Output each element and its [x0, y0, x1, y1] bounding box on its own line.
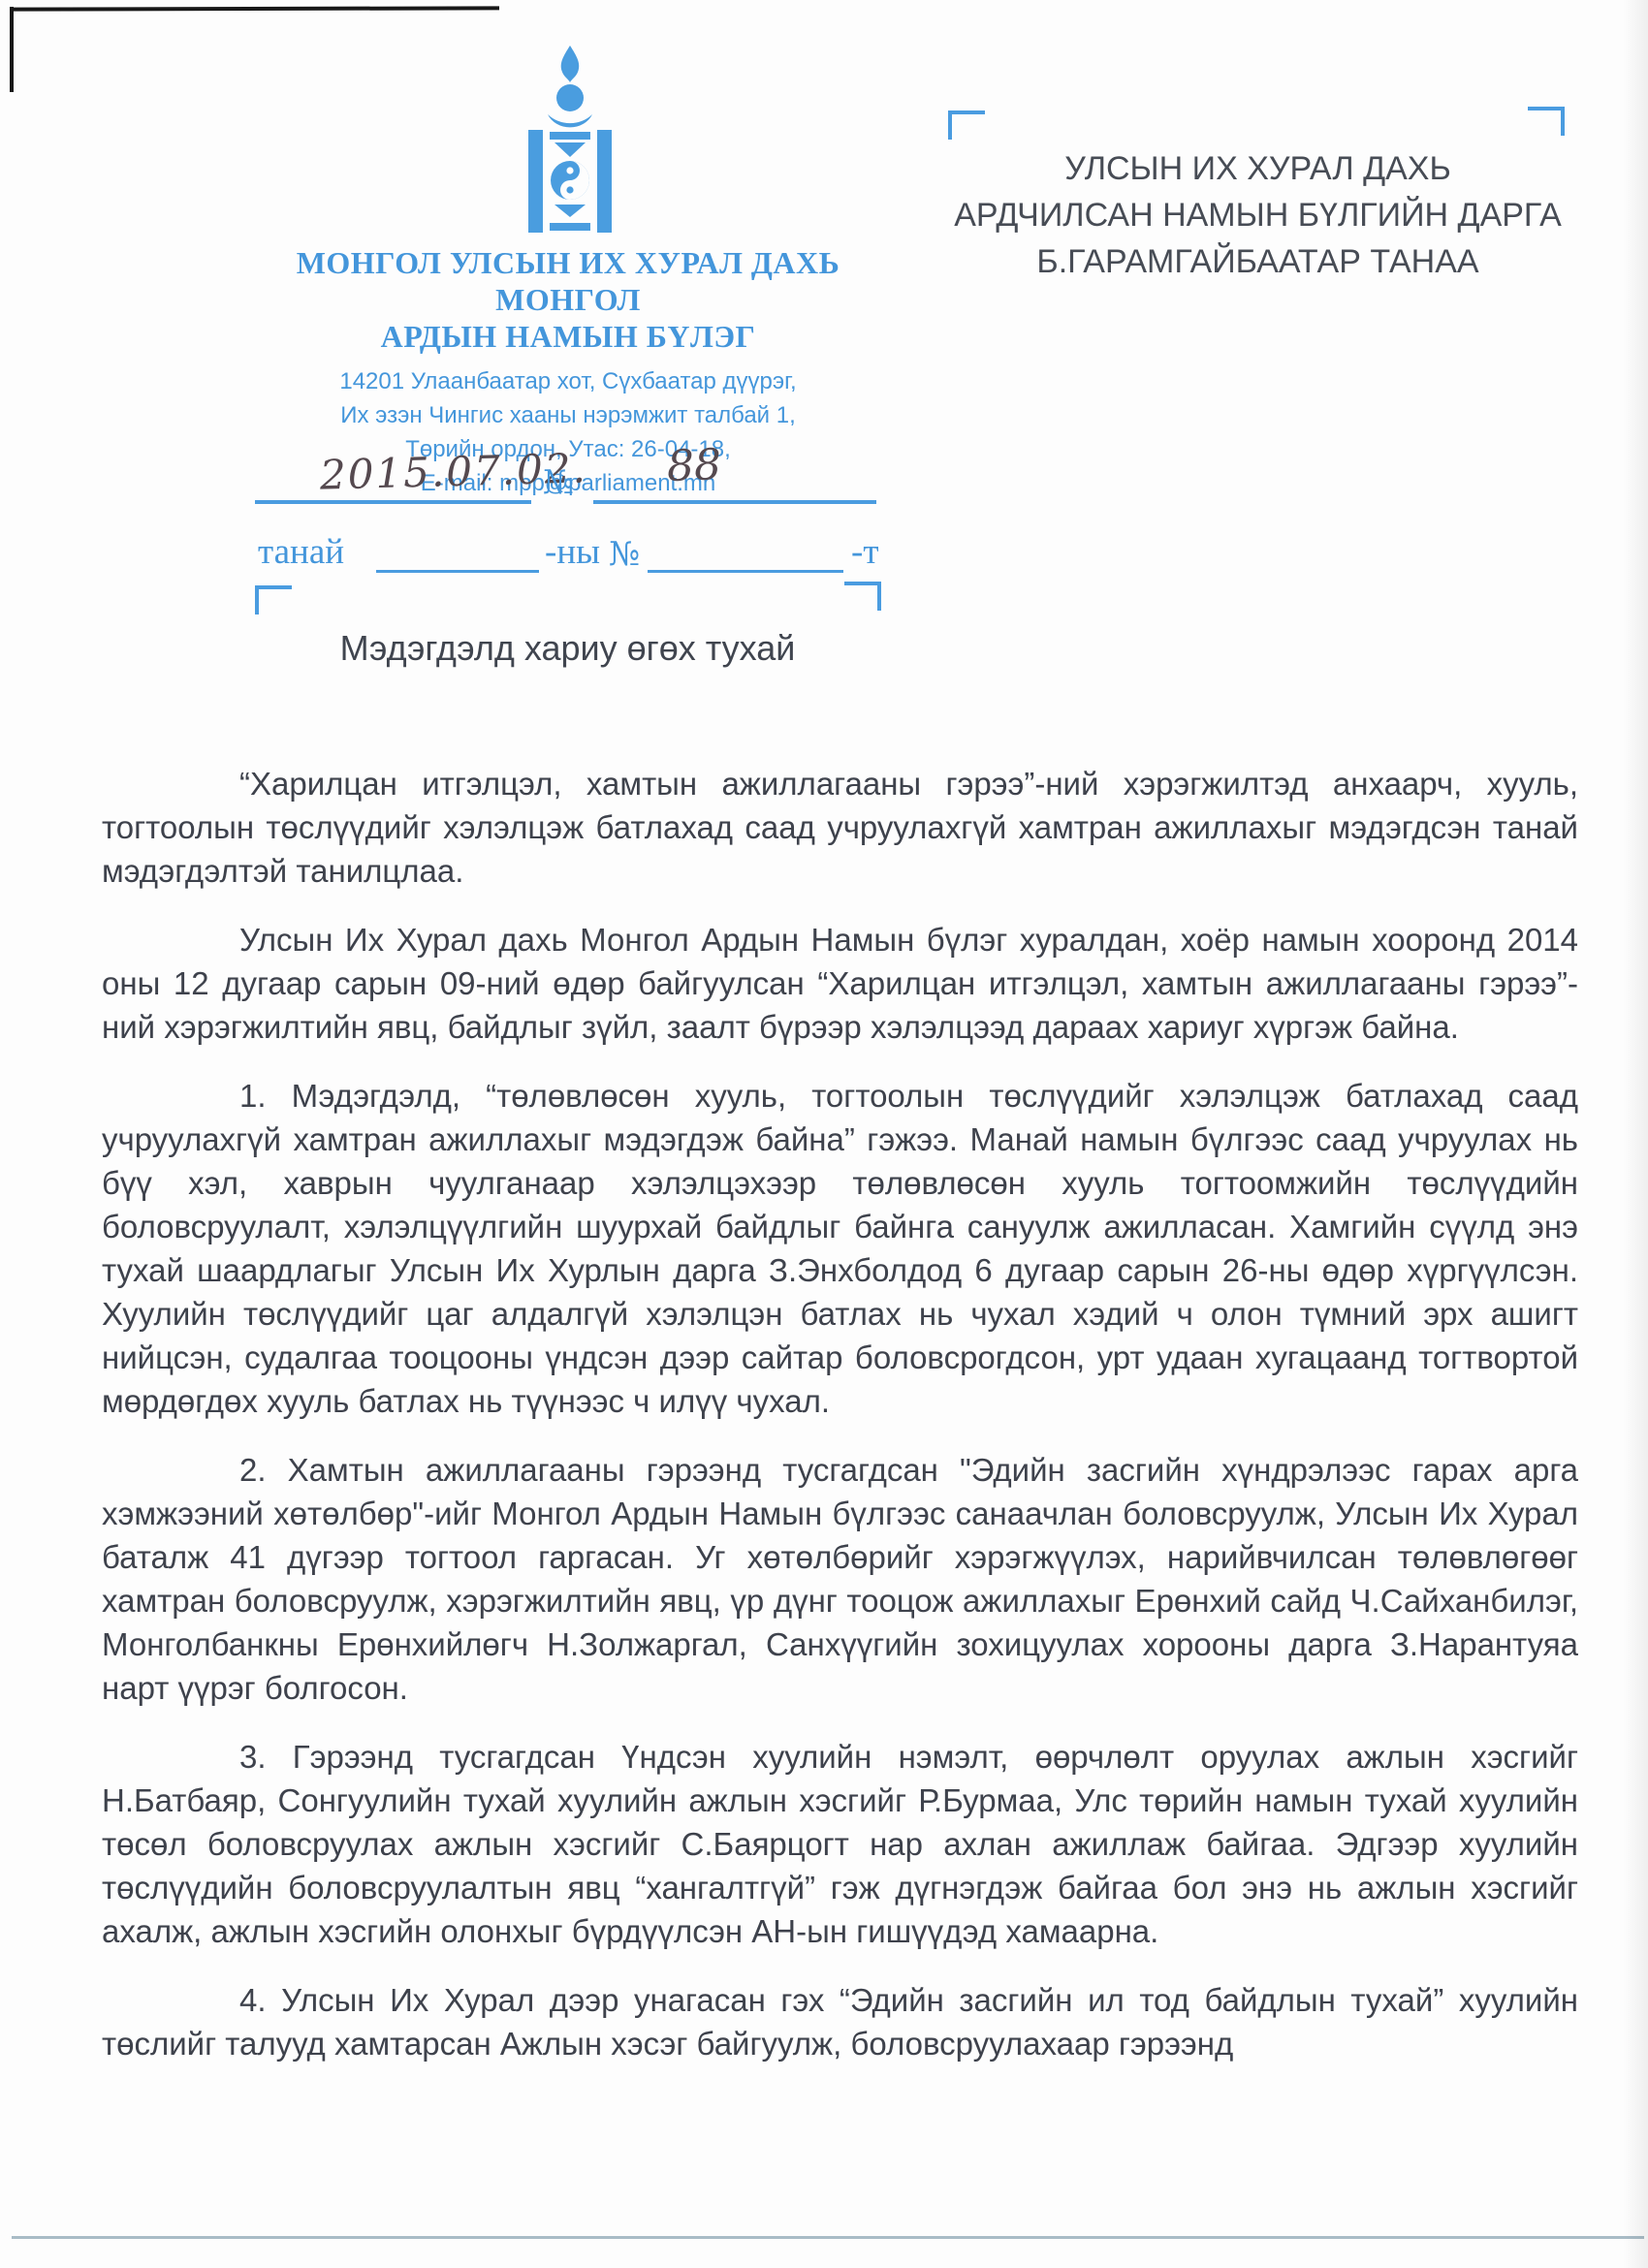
recipient-line: УЛСЫН ИХ ХУРАЛ ДАХЬ — [945, 145, 1570, 192]
soyombo-emblem-icon — [522, 45, 618, 238]
corner-bracket-icon — [255, 585, 292, 614]
date-underline — [255, 500, 531, 504]
number-underline — [593, 500, 876, 504]
letter-body: “Харилцан итгэлцэл, хамтын ажиллагааны г… — [102, 762, 1578, 2091]
org-name-line: АРДЫН НАМЫН БҮЛЭГ — [277, 318, 859, 355]
reference-blank-underline — [648, 570, 843, 573]
scan-artifact-left-line — [10, 7, 14, 92]
scan-artifact-bottom-line — [12, 2236, 1644, 2239]
scan-edge-shadow — [1623, 0, 1648, 2268]
scanned-letter-page: МОНГОЛ УЛСЫН ИХ ХУРАЛ ДАХЬ МОНГОЛ АРДЫН … — [0, 0, 1648, 2268]
body-paragraph: 2. Хамтын ажиллагааны гэрээнд тусгагдсан… — [102, 1448, 1578, 1710]
handwritten-number: 88 — [666, 440, 722, 491]
number-sign: № — [609, 535, 640, 574]
reference-blank-underline — [376, 570, 539, 573]
org-name-line: МОНГОЛ УЛСЫН ИХ ХУРАЛ ДАХЬ — [277, 244, 859, 281]
document-title: Мэдэгдэлд хариу өгөх тухай — [255, 628, 880, 669]
recipient-block: УЛСЫН ИХ ХУРАЛ ДАХЬ АРДЧИЛСАН НАМЫН БҮЛГ… — [945, 145, 1570, 285]
body-paragraph: “Харилцан итгэлцэл, хамтын ажиллагааны г… — [102, 762, 1578, 893]
recipient-line: АРДЧИЛСАН НАМЫН БҮЛГИЙН ДАРГА — [945, 192, 1570, 238]
body-paragraph: 1. Мэдэгдэлд, “төлөвлөсөн хууль, тогтоол… — [102, 1074, 1578, 1423]
corner-bracket-icon — [948, 110, 985, 140]
recipient-line: Б.ГАРАМГАЙБААТАР ТАНАА — [945, 238, 1570, 285]
body-paragraph: Улсын Их Хурал дахь Монгол Ардын Намын б… — [102, 918, 1578, 1049]
address-line: 14201 Улаанбаатар хот, Сүхбаатар дүүрэг, — [277, 364, 859, 398]
number-sign: № — [543, 463, 574, 502]
org-name-line: МОНГОЛ — [277, 281, 859, 318]
address-line: Их эзэн Чингис хааны нэрэмжит талбай 1, — [277, 398, 859, 432]
body-paragraph: 3. Гэрээнд тусгагдсан Үндсэн хуулийн нэм… — [102, 1735, 1578, 1953]
reference-suffix-label: -т — [851, 531, 879, 573]
reference-prefix-label: танай — [258, 531, 344, 573]
scan-artifact-top-line — [10, 6, 499, 11]
reference-mid-label: -ны — [545, 531, 600, 573]
body-paragraph: 4. Улсын Их Хурал дээр унагасан гэх “Эди… — [102, 1978, 1578, 2065]
corner-bracket-icon — [844, 582, 881, 611]
corner-bracket-icon — [1528, 107, 1565, 136]
